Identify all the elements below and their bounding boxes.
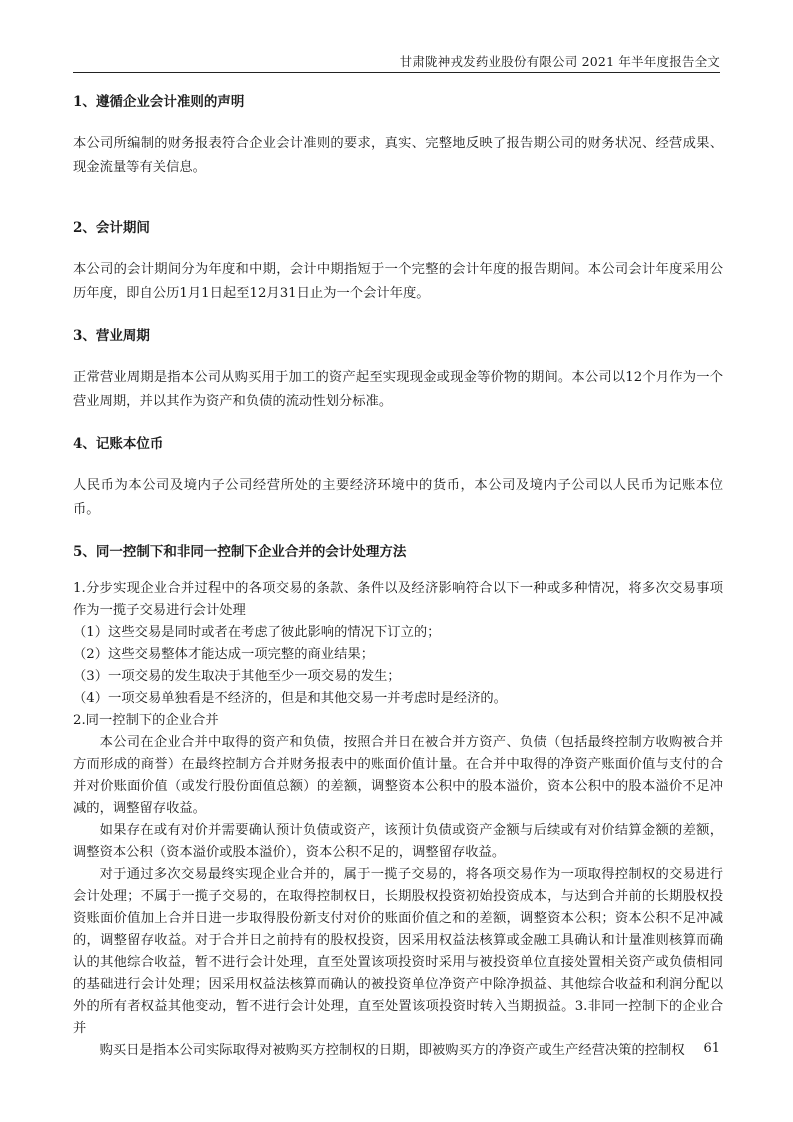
paragraph: 本公司在企业合并中取得的资产和负债，按照合并日在被合并方资产、负债（包括最终控制… (73, 732, 723, 820)
paragraph: 如果存在或有对价并需要确认预计负债或资产，该预计负债或资产金额与后续或有对价结算… (73, 820, 723, 864)
paragraph: 正常营业周期是指本公司从购买用于加工的资产起至实现现金或现金等价物的期间。本公司… (73, 366, 723, 414)
list-item: （4）一项交易单独看是不经济的，但是和其他交易一并考虑时是经济的。 (73, 688, 723, 710)
section-title: 5、同一控制下和非同一控制下企业合并的会计处理方法 (73, 542, 723, 562)
section-title: 1、遵循企业会计准则的声明 (73, 92, 723, 112)
list-item: （1）这些交易是同时或者在考虑了彼此影响的情况下订立的； (73, 622, 723, 644)
section-4: 4、记账本位币 人民币为本公司及境内子公司经营所处的主要经济环境中的货币，本公司… (73, 434, 723, 522)
section-3: 3、营业周期 正常营业周期是指本公司从购买用于加工的资产起至实现现金或现金等价物… (73, 326, 723, 414)
list-item: （3）一项交易的发生取决于其他至少一项交易的发生； (73, 666, 723, 688)
paragraph: 对于通过多次交易最终实现企业合并的，属于一揽子交易的，将各项交易作为一项取得控制… (73, 864, 723, 1040)
report-title: 甘肃陇神戎发药业股份有限公司 2021 年半年度报告全文 (400, 54, 720, 69)
page-content: 1、遵循企业会计准则的声明 本公司所编制的财务报表符合企业会计准则的要求，真实、… (73, 90, 723, 1062)
subheading: 2.同一控制下的企业合并 (73, 710, 723, 732)
section-1: 1、遵循企业会计准则的声明 本公司所编制的财务报表符合企业会计准则的要求，真实、… (73, 92, 723, 180)
section-title: 3、营业周期 (73, 326, 723, 346)
section-title: 4、记账本位币 (73, 434, 723, 454)
page-header: 甘肃陇神戎发药业股份有限公司 2021 年半年度报告全文 (73, 52, 720, 73)
paragraph: 人民币为本公司及境内子公司经营所处的主要经济环境中的货币，本公司及境内子公司以人… (73, 474, 723, 522)
section-2: 2、会计期间 本公司的会计期间分为年度和中期，会计中期指短于一个完整的会计年度的… (73, 218, 723, 306)
list-item: （2）这些交易整体才能达成一项完整的商业结果； (73, 644, 723, 666)
paragraph: 本公司的会计期间分为年度和中期，会计中期指短于一个完整的会计年度的报告期间。本公… (73, 258, 723, 306)
section-5: 5、同一控制下和非同一控制下企业合并的会计处理方法 1.分步实现企业合并过程中的… (73, 542, 723, 1062)
section-title: 2、会计期间 (73, 218, 723, 238)
page-number: 61 (700, 1040, 720, 1058)
paragraph: 本公司所编制的财务报表符合企业会计准则的要求，真实、完整地反映了报告期公司的财务… (73, 132, 723, 180)
paragraph: 购买日是指本公司实际取得对被购买方控制权的日期，即被购买方的净资产或生产经营决策… (73, 1040, 723, 1062)
paragraph-intro: 1.分步实现企业合并过程中的各项交易的条款、条件以及经济影响符合以下一种或多种情… (73, 578, 723, 622)
